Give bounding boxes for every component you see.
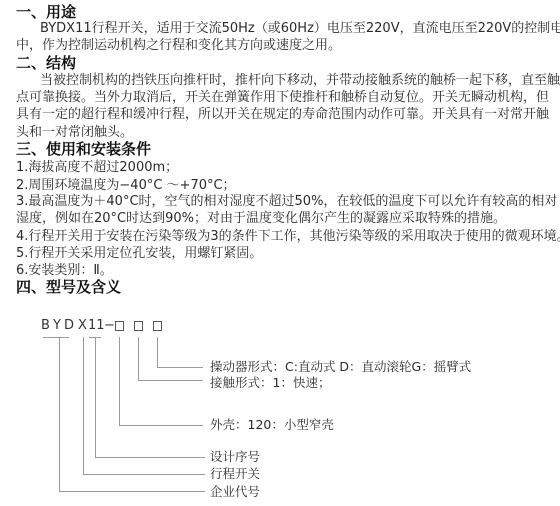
code-letter-x: X — [78, 318, 87, 334]
section-heading-usage: 一、用途 — [16, 3, 76, 21]
code-number-11: 11 — [88, 318, 105, 334]
section-heading-structure: 二、结构 — [16, 54, 76, 72]
placeholder-box-actuator — [153, 321, 162, 331]
label-actuator: 操动器形式：C:直动式 D：直动滚轮G：摇臂式 — [210, 359, 471, 375]
bracket-company — [43, 337, 69, 338]
leader-company-vertical — [59, 337, 60, 492]
leader-housing-horizontal — [119, 425, 203, 426]
section-heading-model: 四、型号及含义 — [16, 278, 121, 296]
usage-line-2: 中，作为控制运动机构之行程和变化其方向或速度之用。 — [16, 37, 341, 54]
code-letter-d: D — [64, 318, 74, 334]
leader-design-vertical — [95, 337, 96, 458]
code-letter-y: Y — [53, 318, 61, 334]
label-housing: 外壳：120：小型窄壳 — [210, 417, 334, 433]
leader-contact-horizontal — [138, 380, 203, 381]
condition-item-6: 6.安装类别：Ⅱ。 — [16, 262, 113, 279]
usage-line-1: BYDX11行程开关，适用于交流50Hz（或60Hz）电压至220V，直流电压至… — [40, 20, 560, 37]
leader-switch-horizontal — [83, 474, 205, 475]
structure-line-3: 具有一定的超行程和缓冲行程，所以开关在规定的寿命范围内动作可靠。开关具有一对常开… — [16, 106, 549, 123]
condition-item-3-cont: 湿度，例如在20°C时达到90%；对由于温度变化偶尔产生的凝露应采取特殊的措施。 — [16, 210, 506, 227]
leader-contact-vertical — [138, 337, 139, 381]
condition-item-2: 2.周围环境温度为−40°C ～+70°C； — [16, 177, 236, 194]
leader-actuator-horizontal — [157, 367, 203, 368]
leader-switch-vertical — [83, 337, 84, 475]
placeholder-box-housing — [115, 321, 124, 331]
leader-company-horizontal — [59, 491, 205, 492]
label-company-code: 企业代号 — [210, 484, 260, 500]
condition-item-1: 1.海拔高度不超过2000m； — [16, 159, 178, 176]
label-switch-type: 行程开关 — [210, 466, 260, 482]
leader-design-horizontal — [95, 457, 205, 458]
condition-item-3: 3.最高温度为＋40°C时，空气的相对湿度不超过50%，在较低的温度下可以允许有… — [16, 193, 557, 210]
structure-line-4: 头和一对常闭触头。 — [16, 124, 133, 141]
leader-housing-vertical — [119, 337, 120, 426]
structure-line-2: 点可靠换接。当外力取消后，开关在弹簧作用下使推杆和触桥自动复位。开关无瞬动机构，… — [16, 89, 549, 106]
label-design-no: 设计序号 — [210, 449, 260, 465]
section-heading-conditions: 三、使用和安装条件 — [16, 140, 151, 158]
condition-item-5: 5.行程开关采用定位孔安装，用螺钉紧固。 — [16, 245, 262, 262]
leader-actuator-vertical — [157, 337, 158, 368]
condition-item-4: 4.行程开关用于安装在污染等级为3的条件下工作，其他污染等级的采用取决于使用的微… — [16, 228, 560, 245]
structure-line-1: 当被控制机构的挡铁压向推杆时，推杆向下移动，并带动接触系统的触桥一起下移，直至触 — [40, 72, 560, 89]
label-contact: 接触形式：1：快速； — [210, 375, 330, 391]
placeholder-box-contact — [134, 321, 143, 331]
code-dash: − — [104, 318, 115, 334]
code-letter-b: B — [41, 318, 50, 334]
